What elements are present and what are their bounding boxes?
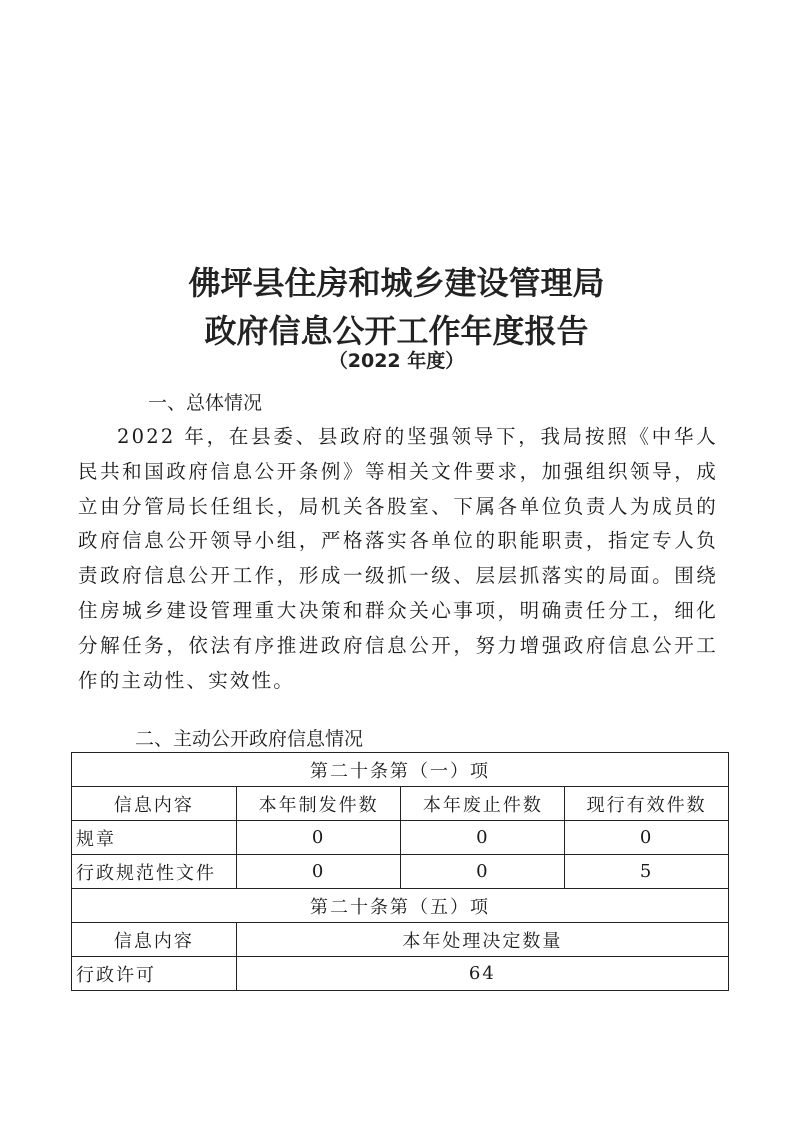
column-header: 信息内容 [72, 787, 237, 821]
report-title-line-1: 佛坪县住房和城乡建设管理局 [0, 258, 793, 304]
cell-abolished: 0 [401, 855, 565, 889]
report-year-subtitle: （2022 年度） [0, 346, 793, 373]
row-label: 行政规范性文件 [72, 855, 237, 889]
table-row: 行政许可 64 [72, 957, 729, 991]
cell-valid: 0 [565, 821, 729, 855]
column-header: 本年制发件数 [236, 787, 401, 821]
cell-abolished: 0 [401, 821, 565, 855]
cell-issued: 0 [236, 855, 401, 889]
table-row: 规章 0 0 0 [72, 821, 729, 855]
column-header: 本年处理决定数量 [236, 923, 728, 957]
table-section-title: 第二十条第（一）项 [72, 753, 729, 787]
column-header: 本年废止件数 [401, 787, 565, 821]
column-header: 现行有效件数 [565, 787, 729, 821]
table-row: 行政规范性文件 0 0 5 [72, 855, 729, 889]
table-section-title-row: 第二十条第（一）项 [72, 753, 729, 787]
table-header-row: 信息内容 本年处理决定数量 [72, 923, 729, 957]
overview-paragraph: 2022 年，在县委、县政府的坚强领导下，我局按照《中华人民共和国政府信息公开条… [78, 420, 718, 698]
disclosure-table: 第二十条第（一）项 信息内容 本年制发件数 本年废止件数 现行有效件数 规章 0… [71, 752, 729, 991]
row-label: 规章 [72, 821, 237, 855]
section-heading-overview: 一、总体情况 [148, 388, 262, 415]
cell-issued: 0 [236, 821, 401, 855]
cell-valid: 5 [565, 855, 729, 889]
table-section-title: 第二十条第（五）项 [72, 889, 729, 923]
column-header: 信息内容 [72, 923, 237, 957]
table-header-row: 信息内容 本年制发件数 本年废止件数 现行有效件数 [72, 787, 729, 821]
row-label: 行政许可 [72, 957, 237, 991]
table-section-title-row: 第二十条第（五）项 [72, 889, 729, 923]
section-heading-active-disclosure: 二、主动公开政府信息情况 [135, 724, 363, 751]
cell-count: 64 [236, 957, 728, 991]
